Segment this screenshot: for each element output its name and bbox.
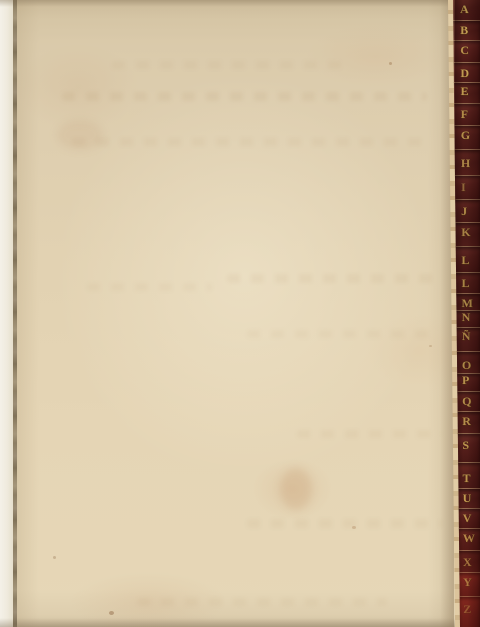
thumb-tab-letter: A bbox=[460, 3, 478, 16]
photo-bottom-shadow bbox=[0, 618, 480, 627]
thumb-tab-letter: I bbox=[461, 181, 479, 194]
paper-speck bbox=[109, 611, 114, 615]
thumb-tab-G[interactable]: G bbox=[452, 125, 480, 151]
scanned-book-page: ABCDEFGHIJKLLMNÑOPQRSTUVWXYZ bbox=[0, 0, 480, 627]
thumb-tab-letter: T bbox=[463, 472, 480, 485]
thumb-tab-letter: S bbox=[462, 439, 480, 452]
thumb-tab-L[interactable]: L bbox=[452, 246, 480, 273]
showthrough-band bbox=[112, 61, 342, 69]
thumb-tab-letter: P bbox=[462, 374, 480, 387]
thumb-tab-K[interactable]: K bbox=[452, 222, 480, 248]
paper-speck bbox=[429, 345, 432, 347]
paper-stain bbox=[280, 468, 312, 510]
page-left-edge bbox=[0, 0, 13, 627]
thumb-tab-letter: L bbox=[461, 277, 479, 290]
thumb-tab-letter: R bbox=[462, 415, 480, 428]
thumb-tab-letter: D bbox=[460, 67, 478, 80]
thumb-tab-letter: U bbox=[463, 492, 480, 505]
thumb-tab-letter: X bbox=[463, 556, 480, 569]
thumb-tab-B[interactable]: B bbox=[452, 20, 480, 41]
showthrough-band bbox=[137, 598, 387, 606]
thumb-tab-F[interactable]: F bbox=[452, 103, 480, 126]
thumb-tab-letter: C bbox=[460, 44, 478, 57]
thumb-tab-letter: O bbox=[462, 359, 480, 372]
thumb-tab-letter: J bbox=[461, 205, 479, 218]
paper-speck bbox=[389, 62, 392, 65]
thumb-tab-letter: H bbox=[461, 157, 479, 170]
paper-speck bbox=[352, 526, 356, 529]
paper-stain bbox=[57, 120, 103, 150]
thumb-tab-C[interactable]: C bbox=[452, 40, 480, 63]
thumb-tab-letter: Q bbox=[462, 395, 480, 408]
photo-top-shadow bbox=[0, 0, 480, 7]
thumb-tab-letter: K bbox=[461, 226, 479, 239]
thumb-tab-H[interactable]: H bbox=[452, 149, 480, 176]
showthrough-band bbox=[247, 330, 432, 338]
thumb-tab-letter: N bbox=[462, 311, 480, 324]
showthrough-band bbox=[297, 430, 442, 438]
showthrough-band bbox=[227, 274, 442, 283]
thumb-tab-A[interactable]: A bbox=[452, 0, 480, 20]
thumb-tab-letter: G bbox=[461, 129, 479, 142]
thumb-tab-E[interactable]: E bbox=[452, 82, 480, 104]
thumb-tab-letter: M bbox=[462, 297, 480, 310]
thumb-tab-J[interactable]: J bbox=[452, 199, 480, 223]
blank-page bbox=[17, 0, 454, 627]
thumb-tab-D[interactable]: D bbox=[452, 62, 480, 84]
thumb-tab-letter: F bbox=[461, 108, 479, 121]
showthrough-band bbox=[87, 283, 212, 291]
thumb-tab-letter: Z bbox=[463, 603, 480, 616]
thumb-tab-I[interactable]: I bbox=[452, 175, 480, 200]
thumb-tab-letter: V bbox=[463, 512, 480, 525]
paper-speck bbox=[53, 556, 56, 559]
showthrough-band bbox=[62, 92, 427, 101]
thumb-tab-letter: Y bbox=[463, 576, 480, 589]
showthrough-band bbox=[72, 138, 427, 146]
thumb-tab-letter: B bbox=[460, 24, 478, 37]
thumb-tab-letter: E bbox=[460, 85, 478, 98]
thumb-tab-letter: L bbox=[461, 254, 479, 267]
thumb-tab-letter: Ñ bbox=[462, 330, 480, 343]
showthrough-band bbox=[247, 519, 442, 528]
thumb-tab-letter: W bbox=[463, 532, 480, 545]
